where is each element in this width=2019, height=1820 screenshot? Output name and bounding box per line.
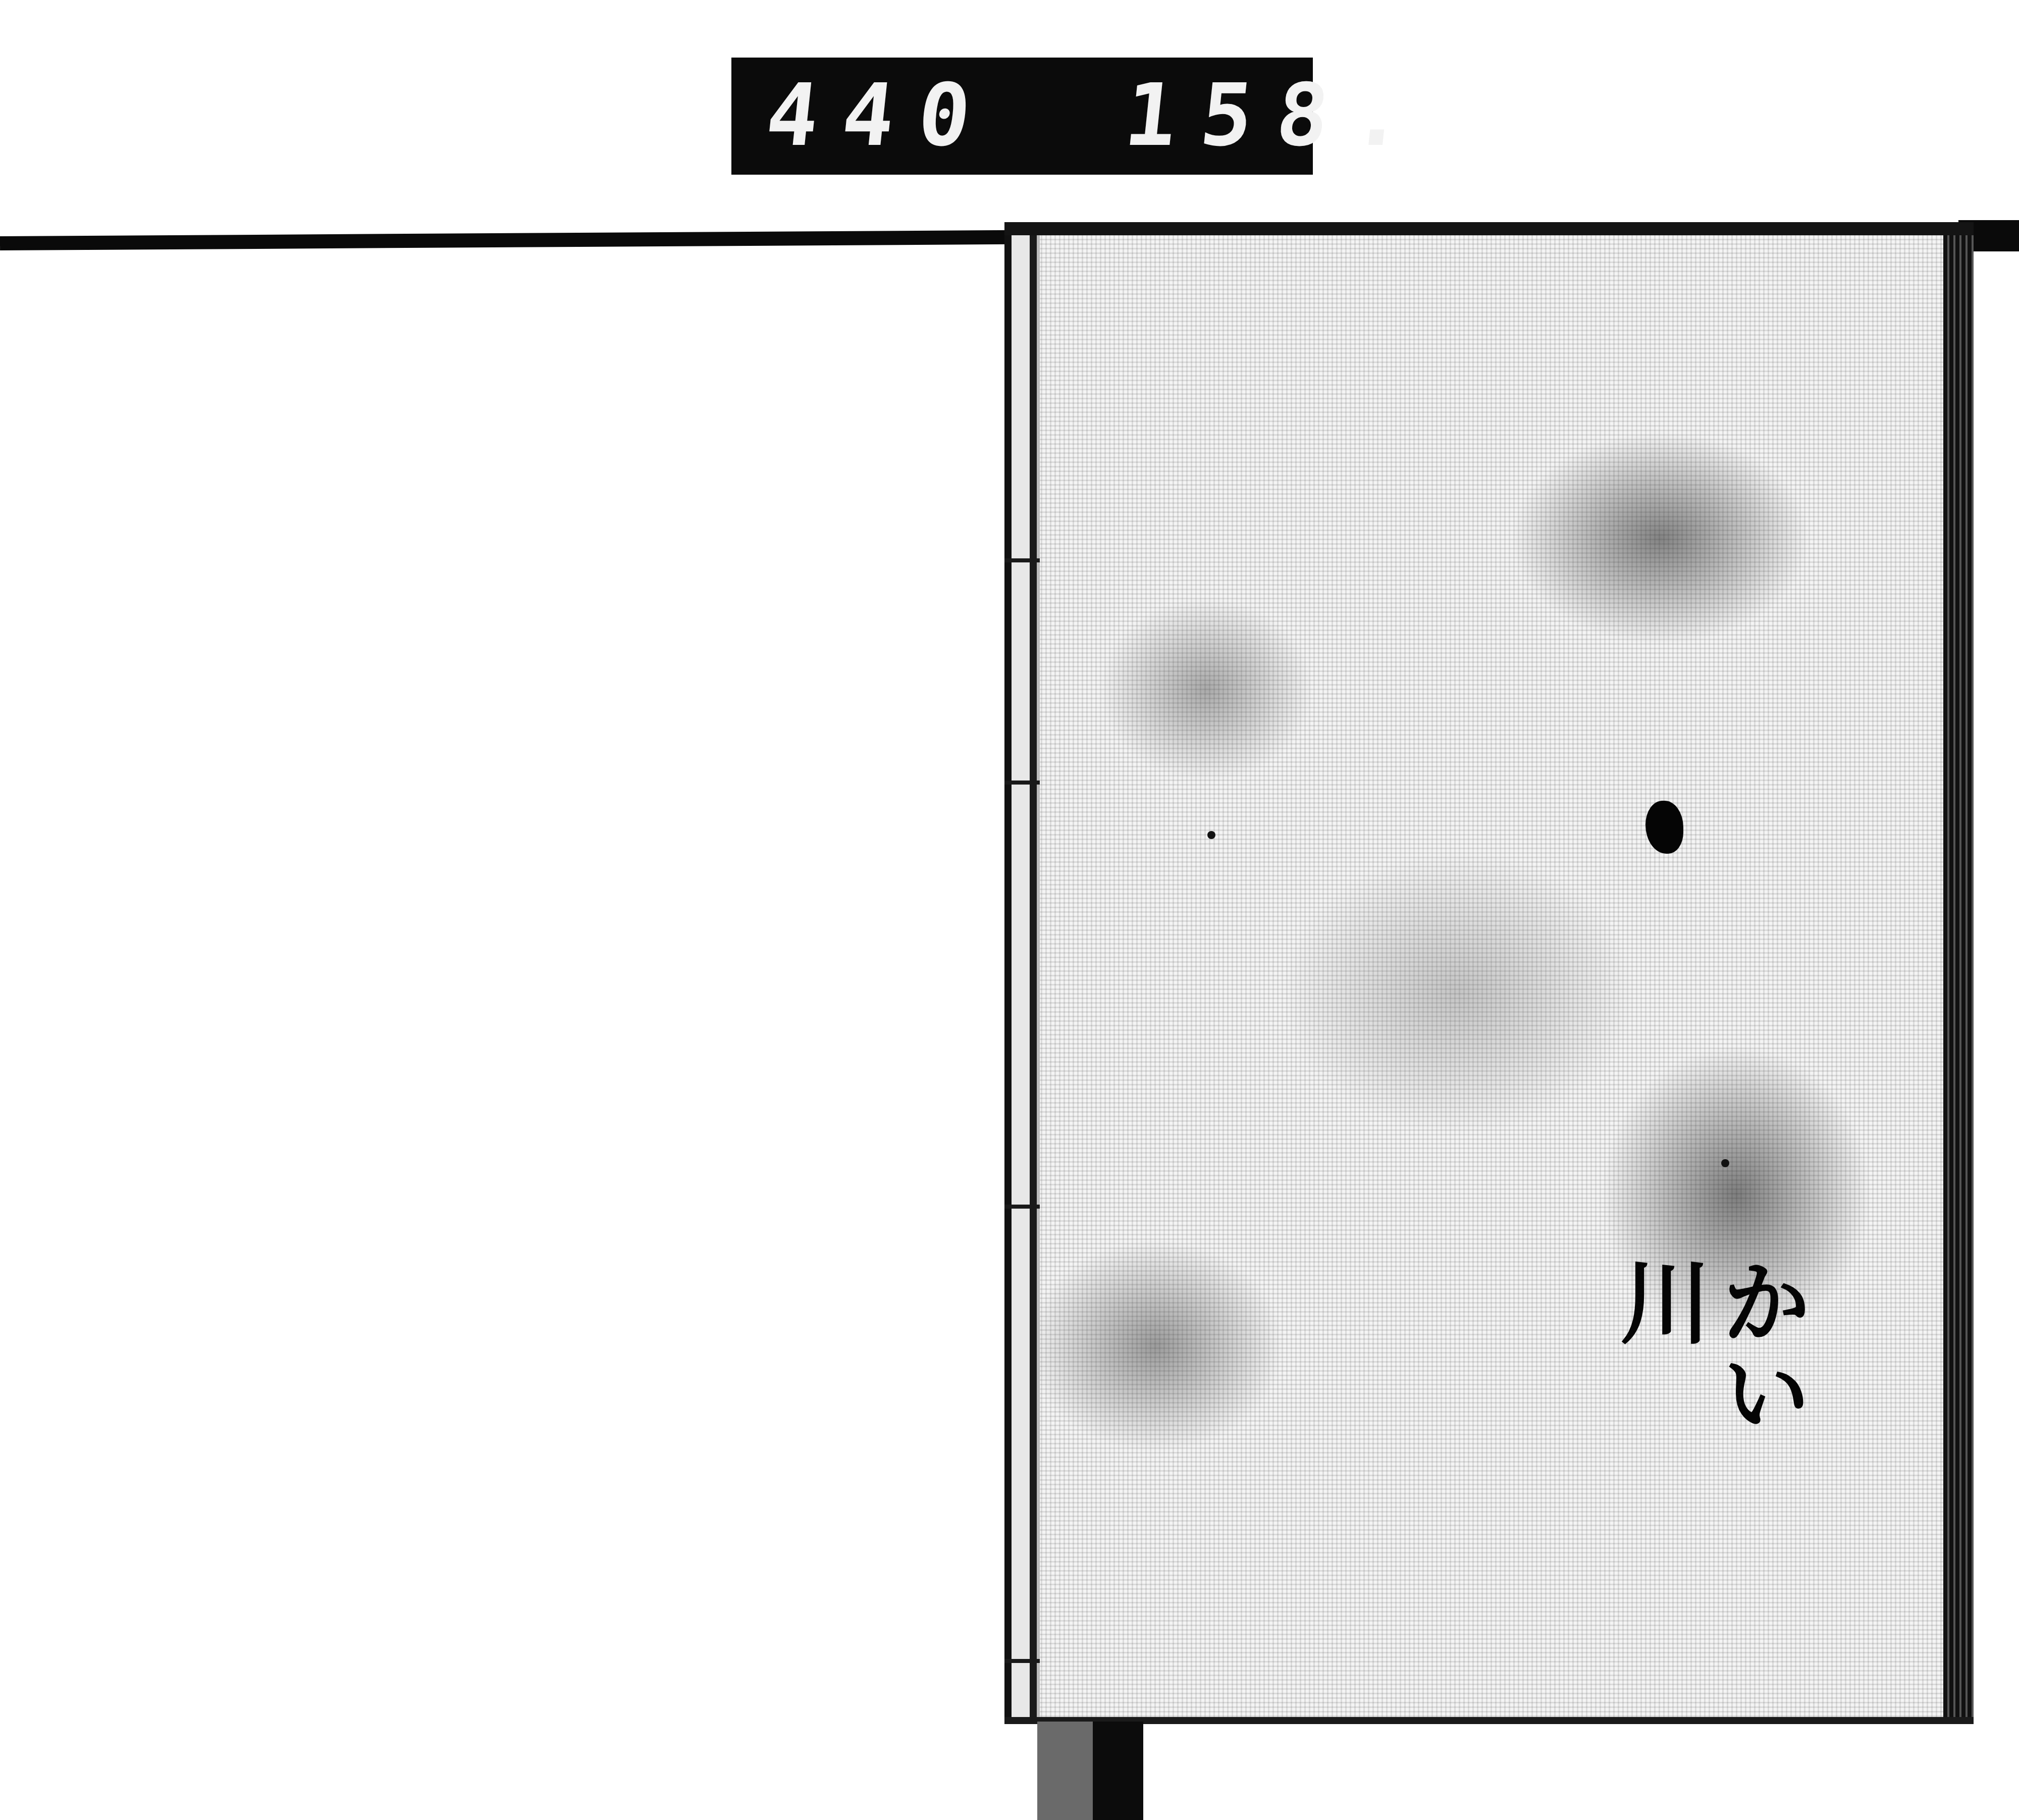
book-cover: かい川 bbox=[1004, 222, 1974, 1724]
spine-tie bbox=[1004, 781, 1040, 785]
index-label-right-number: 158. bbox=[1121, 78, 1432, 153]
ink-stain bbox=[1645, 801, 1683, 854]
ink-dot bbox=[1721, 1159, 1729, 1167]
horizontal-rule bbox=[0, 230, 1015, 250]
spine-tie bbox=[1004, 1205, 1040, 1209]
page-edges bbox=[1943, 235, 1974, 1717]
index-label: 440 158. bbox=[731, 58, 1313, 175]
cover-inscription: かい川 bbox=[1709, 1255, 1810, 1487]
index-label-left-number: 440 bbox=[763, 78, 998, 153]
spine-tie bbox=[1004, 1659, 1040, 1663]
ink-dot bbox=[1207, 831, 1215, 839]
spine-tie bbox=[1004, 558, 1040, 562]
book-spine bbox=[1004, 235, 1040, 1717]
book-tab-below bbox=[1037, 1722, 1143, 1820]
